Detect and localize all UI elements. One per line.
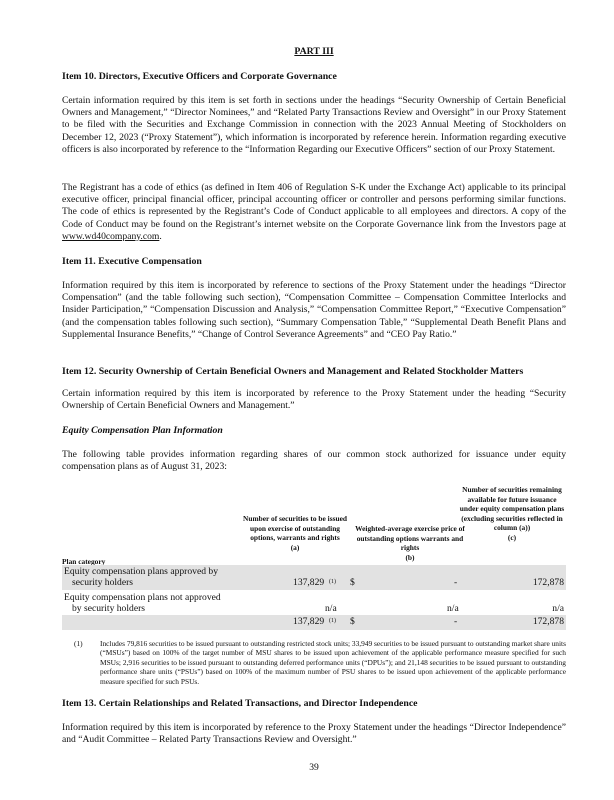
item11-paragraph: Information required by this item is inc…	[62, 280, 566, 341]
item10-paragraph-2-text: The Registrant has a code of ethics (as …	[62, 182, 566, 230]
row-label-line2: security holders	[64, 577, 218, 588]
column-header-b-text: Weighted-average exercise price of outst…	[354, 524, 466, 553]
column-header-b-letter: (b)	[354, 553, 466, 563]
footnote-ref: (1)	[329, 579, 336, 585]
cell-b: -	[454, 577, 457, 589]
footnote-number: (1)	[74, 639, 83, 648]
column-header-c-letter: (c)	[458, 533, 566, 543]
cell-b: -	[454, 616, 457, 628]
item11-heading: Item 11. Executive Compensation	[62, 256, 202, 268]
item12-paragraph: Certain information required by this ite…	[62, 388, 566, 412]
cell-a: n/a	[325, 603, 337, 615]
table-intro-paragraph: The following table provides information…	[62, 449, 566, 473]
column-header-a-text: Number of securities to be issued upon e…	[240, 514, 350, 543]
footnote-ref: (1)	[329, 618, 336, 624]
column-header-c: Number of securities remaining available…	[458, 485, 566, 543]
equity-compensation-subheading: Equity Compensation Plan Information	[62, 425, 223, 437]
item10-paragraph-2: The Registrant has a code of ethics (as …	[62, 182, 566, 243]
item10-paragraph-2-end: .	[159, 231, 161, 242]
cell-a-value: 137,829	[293, 616, 324, 627]
row-label-line2: by security holders	[64, 603, 221, 614]
item10-heading: Item 10. Directors, Executive Officers a…	[62, 71, 337, 83]
footnote-text: Includes 79,816 securities to be issued …	[100, 639, 566, 686]
part-title: PART III	[62, 46, 566, 58]
cell-c: n/a	[552, 603, 564, 615]
table-row: Equity compensation plans approved by se…	[62, 565, 566, 590]
item13-paragraph: Information required by this item is inc…	[62, 722, 566, 746]
column-header-b: Weighted-average exercise price of outst…	[354, 524, 466, 562]
page-number: 39	[62, 762, 566, 774]
table-row: Equity compensation plans not approved b…	[62, 591, 566, 616]
row-label: Equity compensation plans approved by se…	[64, 566, 218, 588]
item13-heading: Item 13. Certain Relationships and Relat…	[62, 698, 418, 710]
cell-a: 137,829 (1)	[293, 577, 336, 589]
column-header-a: Number of securities to be issued upon e…	[240, 514, 350, 552]
item10-paragraph-1: Certain information required by this ite…	[62, 95, 566, 156]
item12-heading: Item 12. Security Ownership of Certain B…	[62, 366, 523, 378]
row-label-line1: Equity compensation plans not approved	[64, 592, 221, 603]
table-row-total: 137,829 (1) $ - 172,878	[62, 615, 566, 630]
cell-b-currency: $	[350, 616, 355, 628]
cell-b-currency: $	[350, 577, 355, 589]
row-label: Equity compensation plans not approved b…	[64, 592, 221, 614]
cell-a: 137,829 (1)	[293, 616, 336, 628]
cell-b: n/a	[447, 603, 459, 615]
column-header-a-letter: (a)	[240, 543, 350, 553]
cell-c: 172,878	[533, 577, 564, 589]
cell-a-value: 137,829	[293, 577, 324, 588]
column-header-c-text: Number of securities remaining available…	[458, 485, 566, 533]
cell-c: 172,878	[533, 616, 564, 628]
row-label-line1: Equity compensation plans approved by	[64, 566, 218, 577]
company-website-link[interactable]: www.wd40company.com	[62, 231, 159, 242]
